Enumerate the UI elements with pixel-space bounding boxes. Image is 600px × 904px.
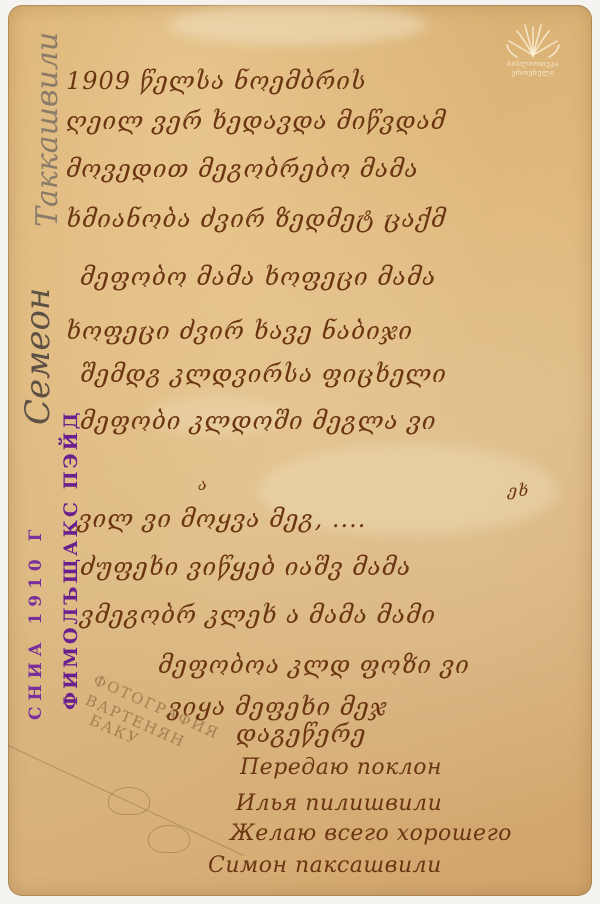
handwritten-line: მეფობი კლდოში მეგლა ვი [80,407,437,435]
handwritten-line: მეფობო მამა ხოფეცი მამა [80,263,436,291]
handwritten-line: მეფობოა კლდ ფოზი ვი [158,651,470,679]
stain [168,5,428,45]
handwritten-line: დაგეწერე [236,720,366,748]
handwritten-line: ხოფეცი ძვირ ხავე ნაბიჯი [66,317,413,345]
ornament-leaf-icon [108,787,150,815]
postcard: ბიბლიოთეკა ეროვნული 1909 წელსა ნოემბრის … [8,5,592,896]
handwritten-line: 1909 წელსა ნოემბრის [66,67,367,95]
handwritten-line: მოვედით მეგობრებო მამა [66,155,419,183]
handwritten-line: ღეილ ვერ ხედავდა მიწვდამ [66,107,446,135]
watermark-line-2: ეროვნული [496,68,570,77]
handwritten-mark: ა [198,475,208,494]
handwritten-line: შემდგ კლდვირსა ფიცხელი [80,360,447,388]
russian-line: Илья пилишвили [236,791,442,816]
russian-line: Симон паксашвили [208,853,442,878]
ornament-leaf-icon [148,825,190,853]
violet-stamp-line-1: СНИА 1910 Г [26,524,46,720]
pencil-note-lower: Семеон [18,288,58,425]
russian-line: Желаю всего хорошего [230,821,512,846]
library-watermark: ბიბლიოთეკა ეროვნული [496,19,570,85]
watermark-line-1: ბიბლიოთეკა [496,59,570,68]
handwritten-line: ხმიანობა ძვირ ზედმეტ ცაქმ [66,205,446,233]
russian-line: Передаю поклон [240,755,442,780]
wheat-sheaf-icon [503,19,563,59]
handwritten-line: ვილ ვი მოყვა მეგ, .... [78,505,366,533]
handwritten-line: ვმეგობრ კლეხ ა მამა მამი [80,601,436,629]
handwritten-line: ძუფეხი ვიწყებ იაშვ მამა [80,553,411,581]
handwritten-mark: ეხ [508,481,529,500]
pencil-note-upper: Таккашвили [30,32,65,227]
violet-stamp-line-2: ФИМОЛЪЩАКС ПЭЙД [60,410,82,711]
